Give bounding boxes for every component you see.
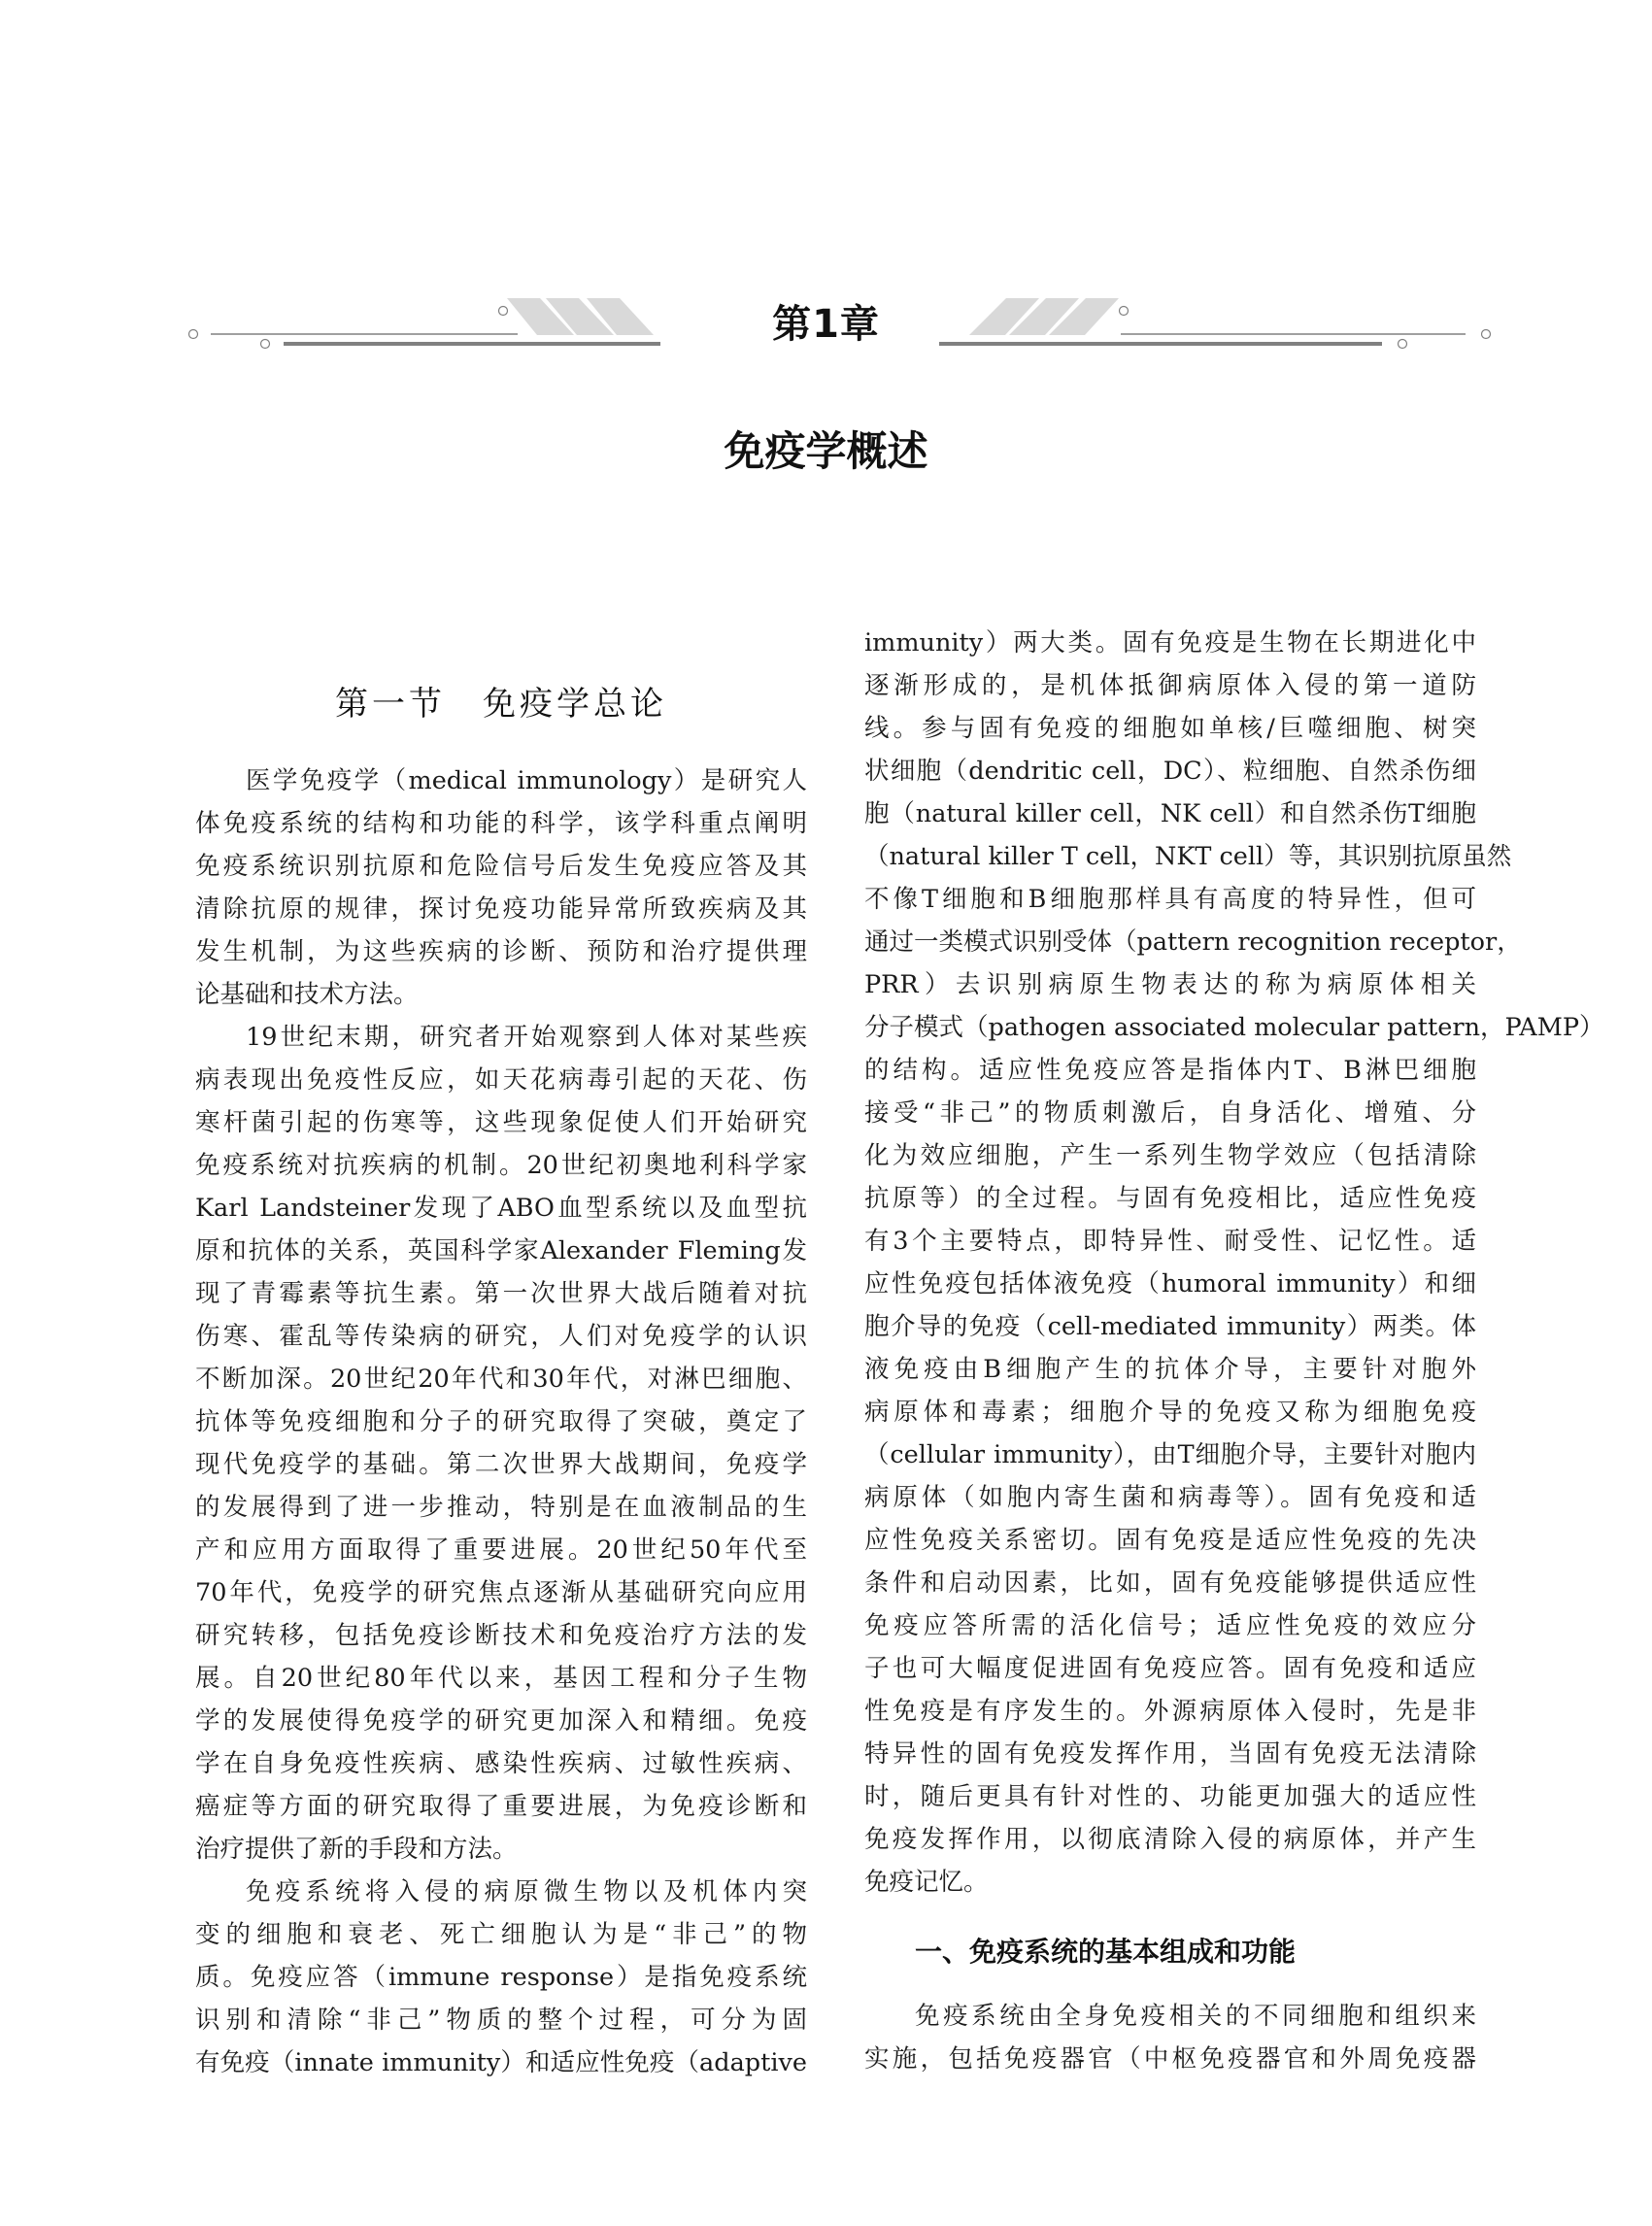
right-column-body-continued: 免疫系统由全身免疫相关的不同细胞和组织来实施，包括免疫器官（中枢免疫器官和外周免… bbox=[864, 1995, 1476, 2080]
text-line: 体免疫系统的结构和功能的科学，该学科重点阐明 bbox=[195, 802, 807, 845]
text-line: 免疫发挥作用，以彻底清除入侵的病原体，并产生 bbox=[864, 1818, 1476, 1861]
text-line: 产和应用方面取得了重要进展。20世纪50年代至 bbox=[195, 1529, 807, 1571]
text-line: 现代免疫学的基础。第二次世界大战期间，免疫学 bbox=[195, 1443, 807, 1486]
text-line: 19世纪末期，研究者开始观察到人体对某些疾 bbox=[195, 1016, 807, 1059]
text-line: 寒杆菌引起的伤寒等，这些现象促使人们开始研究 bbox=[195, 1101, 807, 1144]
text-line: 免疫记忆。 bbox=[864, 1861, 1476, 1904]
text-line: 的结构。适应性免疫应答是指体内T、B淋巴细胞 bbox=[864, 1049, 1476, 1092]
text-line: 识别和清除“非己”物质的整个过程，可分为固 bbox=[195, 1999, 807, 2041]
text-line: 病原体（如胞内寄生菌和病毒等）。固有免疫和适 bbox=[864, 1476, 1476, 1519]
text-line: 免疫系统对抗疾病的机制。20世纪初奥地利科学家 bbox=[195, 1144, 807, 1187]
left-column-body: 医学免疫学（medical immunology）是研究人体免疫系统的结构和功能… bbox=[195, 759, 807, 2084]
text-line: immunity）两大类。固有免疫是生物在长期进化中 bbox=[864, 622, 1476, 664]
text-line: 特异性的固有免疫发挥作用，当固有免疫无法清除 bbox=[864, 1733, 1476, 1775]
text-line: （cellular immunity），由T细胞介导，主要针对胞内 bbox=[864, 1433, 1476, 1476]
text-line: 胞介导的免疫（cell-mediated immunity）两类。体 bbox=[864, 1305, 1476, 1348]
text-line: 有免疫（innate immunity）和适应性免疫（adaptive bbox=[195, 2041, 807, 2084]
text-line: 不像T细胞和B细胞那样具有高度的特异性，但可 bbox=[864, 878, 1476, 921]
text-line: （natural killer T cell，NKT cell）等，其识别抗原虽… bbox=[864, 835, 1476, 878]
text-line: 免疫应答所需的活化信号；适应性免疫的效应分 bbox=[864, 1604, 1476, 1647]
chapter-title: 免疫学概述 bbox=[0, 420, 1652, 478]
text-line: 医学免疫学（medical immunology）是研究人 bbox=[195, 759, 807, 802]
text-line: 状细胞（dendritic cell，DC）、粒细胞、自然杀伤细 bbox=[864, 750, 1476, 793]
text-line: 变的细胞和衰老、死亡细胞认为是“非己”的物 bbox=[195, 1913, 807, 1956]
right-column: immunity）两大类。固有免疫是生物在长期进化中逐渐形成的，是机体抵御病原体… bbox=[864, 622, 1476, 2080]
text-line: 应性免疫关系密切。固有免疫是适应性免疫的先决 bbox=[864, 1519, 1476, 1562]
text-line: 液免疫由B细胞产生的抗体介导，主要针对胞外 bbox=[864, 1348, 1476, 1391]
text-line: 子也可大幅度促进固有免疫应答。固有免疫和适应 bbox=[864, 1647, 1476, 1690]
text-line: 化为效应细胞，产生一系列生物学效应（包括清除 bbox=[864, 1134, 1476, 1177]
text-line: PRR）去识别病原生物表达的称为病原体相关 bbox=[864, 963, 1476, 1006]
text-line: 不断加深。20世纪20年代和30年代，对淋巴细胞、 bbox=[195, 1358, 807, 1400]
text-line: 性免疫是有序发生的。外源病原体入侵时，先是非 bbox=[864, 1690, 1476, 1733]
text-line: 胞（natural killer cell，NK cell）和自然杀伤T细胞 bbox=[864, 793, 1476, 835]
text-line: 原和抗体的关系，英国科学家Alexander Fleming发 bbox=[195, 1230, 807, 1272]
text-line: 病原体和毒素；细胞介导的免疫又称为细胞免疫 bbox=[864, 1391, 1476, 1433]
left-column: 第一节 免疫学总论 医学免疫学（medical immunology）是研究人体… bbox=[195, 622, 807, 2084]
text-line: 有3个主要特点，即特异性、耐受性、记忆性。适 bbox=[864, 1220, 1476, 1263]
text-line: 免疫系统将入侵的病原微生物以及机体内突 bbox=[195, 1871, 807, 1913]
text-line: 抗原等）的全过程。与固有免疫相比，适应性免疫 bbox=[864, 1177, 1476, 1220]
subsection-heading: 一、免疫系统的基本组成和功能 bbox=[864, 1931, 1476, 1973]
text-line: 分子模式（pathogen associated molecular patte… bbox=[864, 1006, 1476, 1049]
text-line: 现了青霉素等抗生素。第一次世界大战后随着对抗 bbox=[195, 1272, 807, 1315]
right-column-body: immunity）两大类。固有免疫是生物在长期进化中逐渐形成的，是机体抵御病原体… bbox=[864, 622, 1476, 1904]
text-line: 论基础和技术方法。 bbox=[195, 973, 807, 1016]
text-line: 癌症等方面的研究取得了重要进展，为免疫诊断和 bbox=[195, 1785, 807, 1828]
text-line: 研究转移，包括免疫诊断技术和免疫治疗方法的发 bbox=[195, 1614, 807, 1657]
text-line: 免疫系统由全身免疫相关的不同细胞和组织来 bbox=[864, 1995, 1476, 2038]
chapter-number: 第1章 bbox=[0, 293, 1652, 349]
text-line: 应性免疫包括体液免疫（humoral immunity）和细 bbox=[864, 1263, 1476, 1305]
text-line: 发生机制，为这些疾病的诊断、预防和治疗提供理 bbox=[195, 930, 807, 973]
text-line: 70年代，免疫学的研究焦点逐渐从基础研究向应用 bbox=[195, 1571, 807, 1614]
text-line: 学在自身免疫性疾病、感染性疾病、过敏性疾病、 bbox=[195, 1742, 807, 1785]
text-line: 质。免疫应答（immune response）是指免疫系统 bbox=[195, 1956, 807, 1999]
text-line: 病表现出免疫性反应，如天花病毒引起的天花、伤 bbox=[195, 1059, 807, 1101]
text-line: 实施，包括免疫器官（中枢免疫器官和外周免疫器 bbox=[864, 2038, 1476, 2080]
text-line: 时，随后更具有针对性的、功能更加强大的适应性 bbox=[864, 1775, 1476, 1818]
text-line: Karl Landsteiner发现了ABO血型系统以及血型抗 bbox=[195, 1187, 807, 1230]
text-line: 抗体等免疫细胞和分子的研究取得了突破，奠定了 bbox=[195, 1400, 807, 1443]
text-line: 条件和启动因素，比如，固有免疫能够提供适应性 bbox=[864, 1562, 1476, 1604]
section-title: 第一节 免疫学总论 bbox=[195, 660, 807, 748]
text-line: 清除抗原的规律，探讨免疫功能异常所致疾病及其 bbox=[195, 888, 807, 930]
text-line: 伤寒、霍乱等传染病的研究，人们对免疫学的认识 bbox=[195, 1315, 807, 1358]
text-line: 接受“非己”的物质刺激后，自身活化、增殖、分 bbox=[864, 1092, 1476, 1134]
text-line: 学的发展使得免疫学的研究更加深入和精细。免疫 bbox=[195, 1700, 807, 1742]
text-line: 展。自20世纪80年代以来，基因工程和分子生物 bbox=[195, 1657, 807, 1700]
text-line: 的发展得到了进一步推动，特别是在血液制品的生 bbox=[195, 1486, 807, 1529]
text-line: 通过一类模式识别受体（pattern recognition receptor， bbox=[864, 921, 1476, 963]
text-line: 治疗提供了新的手段和方法。 bbox=[195, 1828, 807, 1871]
text-line: 逐渐形成的，是机体抵御病原体入侵的第一道防 bbox=[864, 664, 1476, 707]
text-line: 线。参与固有免疫的细胞如单核/巨噬细胞、树突 bbox=[864, 707, 1476, 750]
text-line: 免疫系统识别抗原和危险信号后发生免疫应答及其 bbox=[195, 845, 807, 888]
